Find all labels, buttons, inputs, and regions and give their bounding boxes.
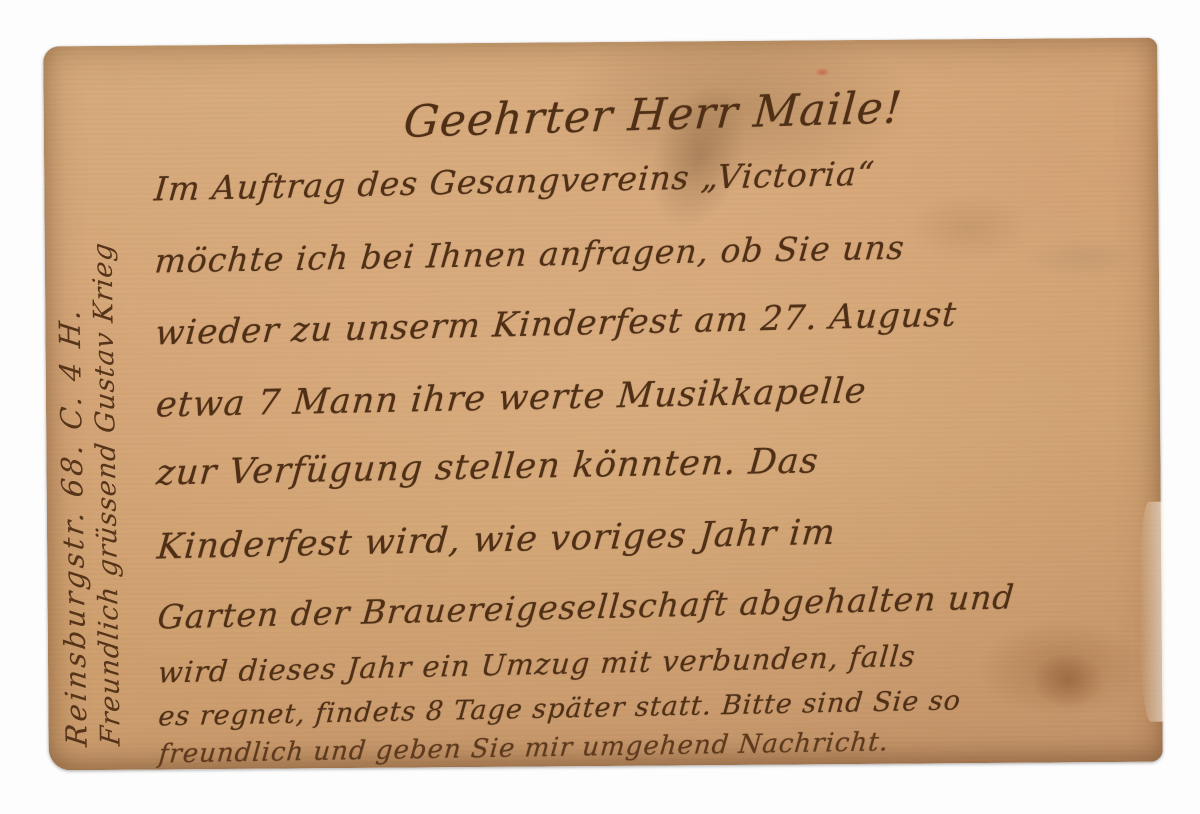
body-line: Garten der Brauereigesellschaft abgehalt… <box>156 577 1016 636</box>
body-line: wird dieses Jahr ein Umzug mit verbunden… <box>157 639 917 690</box>
ink-blot <box>1033 653 1103 709</box>
body-line: Im Auftrag des Gesangvereins „Victoria“ <box>153 154 877 209</box>
body-line: etwa 7 Mann ihre werte Musikkapelle <box>154 371 868 425</box>
body-line: zur Verfügung stellen könnten. Das <box>155 441 821 493</box>
body-line: wieder zu unserm Kinderfest am 27. Augus… <box>154 295 959 354</box>
worn-edge <box>1139 502 1167 722</box>
body-line: es regnet, findets 8 Tage später statt. … <box>157 685 962 732</box>
red-fleck <box>815 68 829 76</box>
salutation: Geehrter Herr Maile! <box>402 82 905 148</box>
paper-stain <box>1025 238 1145 279</box>
body-line: freundlich und geben Sie mir umgehend Na… <box>157 727 890 769</box>
body-line: Kinderfest wird, wie voriges Jahr im <box>155 513 837 568</box>
postcard-paper: Geehrter Herr Maile! Im Auftrag des Gesa… <box>43 38 1163 771</box>
left-margin-writing: Reinsburgstr. 68. C. 4 H. Freundlich grü… <box>48 85 129 746</box>
postcard-scan: Geehrter Herr Maile! Im Auftrag des Gesa… <box>0 0 1200 814</box>
body-line: möchte ich bei Ihnen anfragen, ob Sie un… <box>153 228 906 281</box>
